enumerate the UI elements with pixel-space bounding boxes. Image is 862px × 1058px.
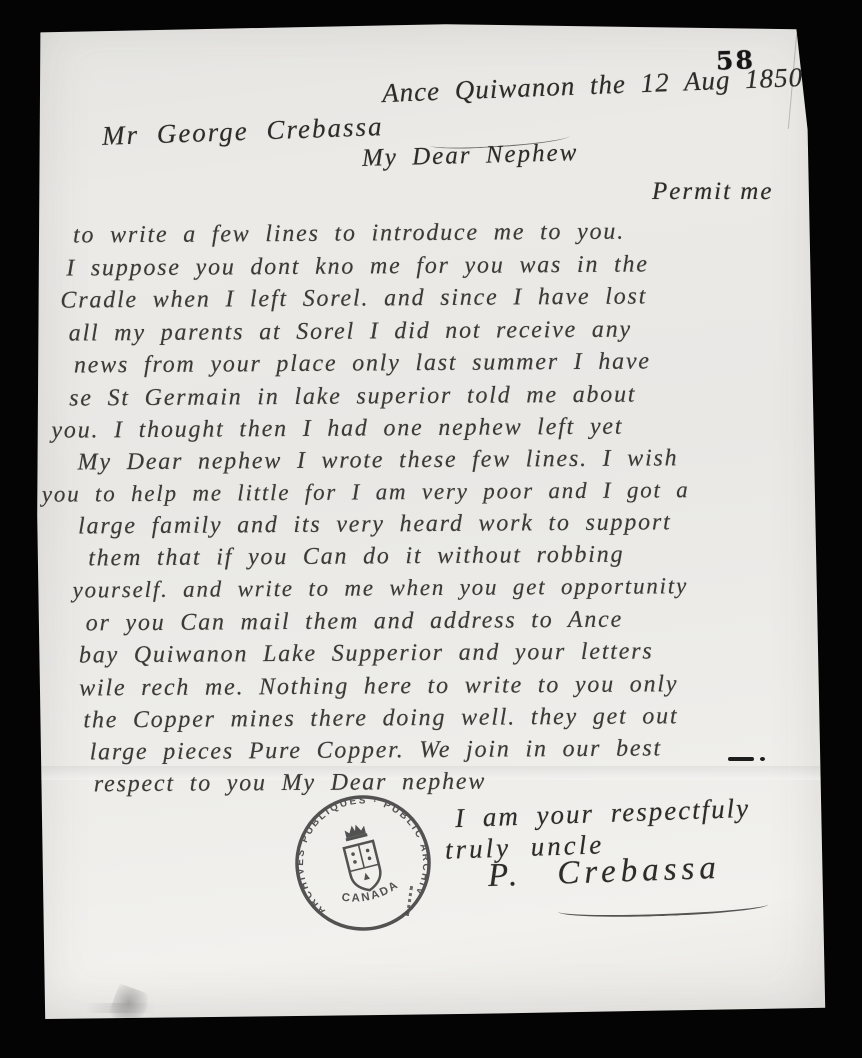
- letter-page: 58 Ance Quiwanon the 12 Aug 1850 Mr Geor…: [30, 8, 830, 1022]
- letter-line: bay Quiwanon Lake Supperior and your let…: [79, 638, 654, 669]
- letter-line: you to help me little for I am very poor…: [42, 477, 690, 508]
- letter-line: them that if you Can do it without robbi…: [88, 542, 624, 573]
- pen-dash-mark: [728, 757, 754, 761]
- letter-line: My Dear nephew I wrote these few lines. …: [78, 445, 679, 476]
- letter-line: I suppose you dont kno me for you was in…: [66, 251, 649, 282]
- letter-line: to write a few lines to introduce me to …: [73, 219, 625, 250]
- letter-line: respect to you My Dear nephew: [94, 769, 486, 799]
- svg-text:CANADA: CANADA: [338, 878, 403, 910]
- letter-line: Cradle when I left Sorel. and since I ha…: [60, 283, 647, 314]
- letter-line: large family and its very heard work to …: [78, 509, 672, 540]
- letter-line: all my parents at Sorel I did not receiv…: [69, 317, 632, 348]
- crown-icon: [343, 822, 368, 841]
- scan-background: 58 Ance Quiwanon the 12 Aug 1850 Mr Geor…: [0, 0, 862, 1058]
- stamp-bottom-text: CANADA: [338, 878, 403, 910]
- shield-icon: [344, 841, 384, 894]
- letter-line: or you Can mail them and address to Ance: [86, 607, 623, 638]
- letter-line: yourself. and write to me when you get o…: [72, 573, 688, 603]
- paper-smudge-streak: [85, 1003, 155, 1013]
- letter-line: large pieces Pure Copper. We join in our…: [90, 735, 662, 766]
- letter-line: the Copper mines there doing well. they …: [83, 703, 678, 734]
- letter-line: wile rech me. Nothing here to write to y…: [79, 671, 678, 702]
- letter-line: se St Germain in lake superior told me a…: [69, 382, 636, 413]
- letter-line: you. I thought then I had one nephew lef…: [51, 414, 623, 445]
- letter-line: news from your place only last summer I …: [74, 348, 651, 379]
